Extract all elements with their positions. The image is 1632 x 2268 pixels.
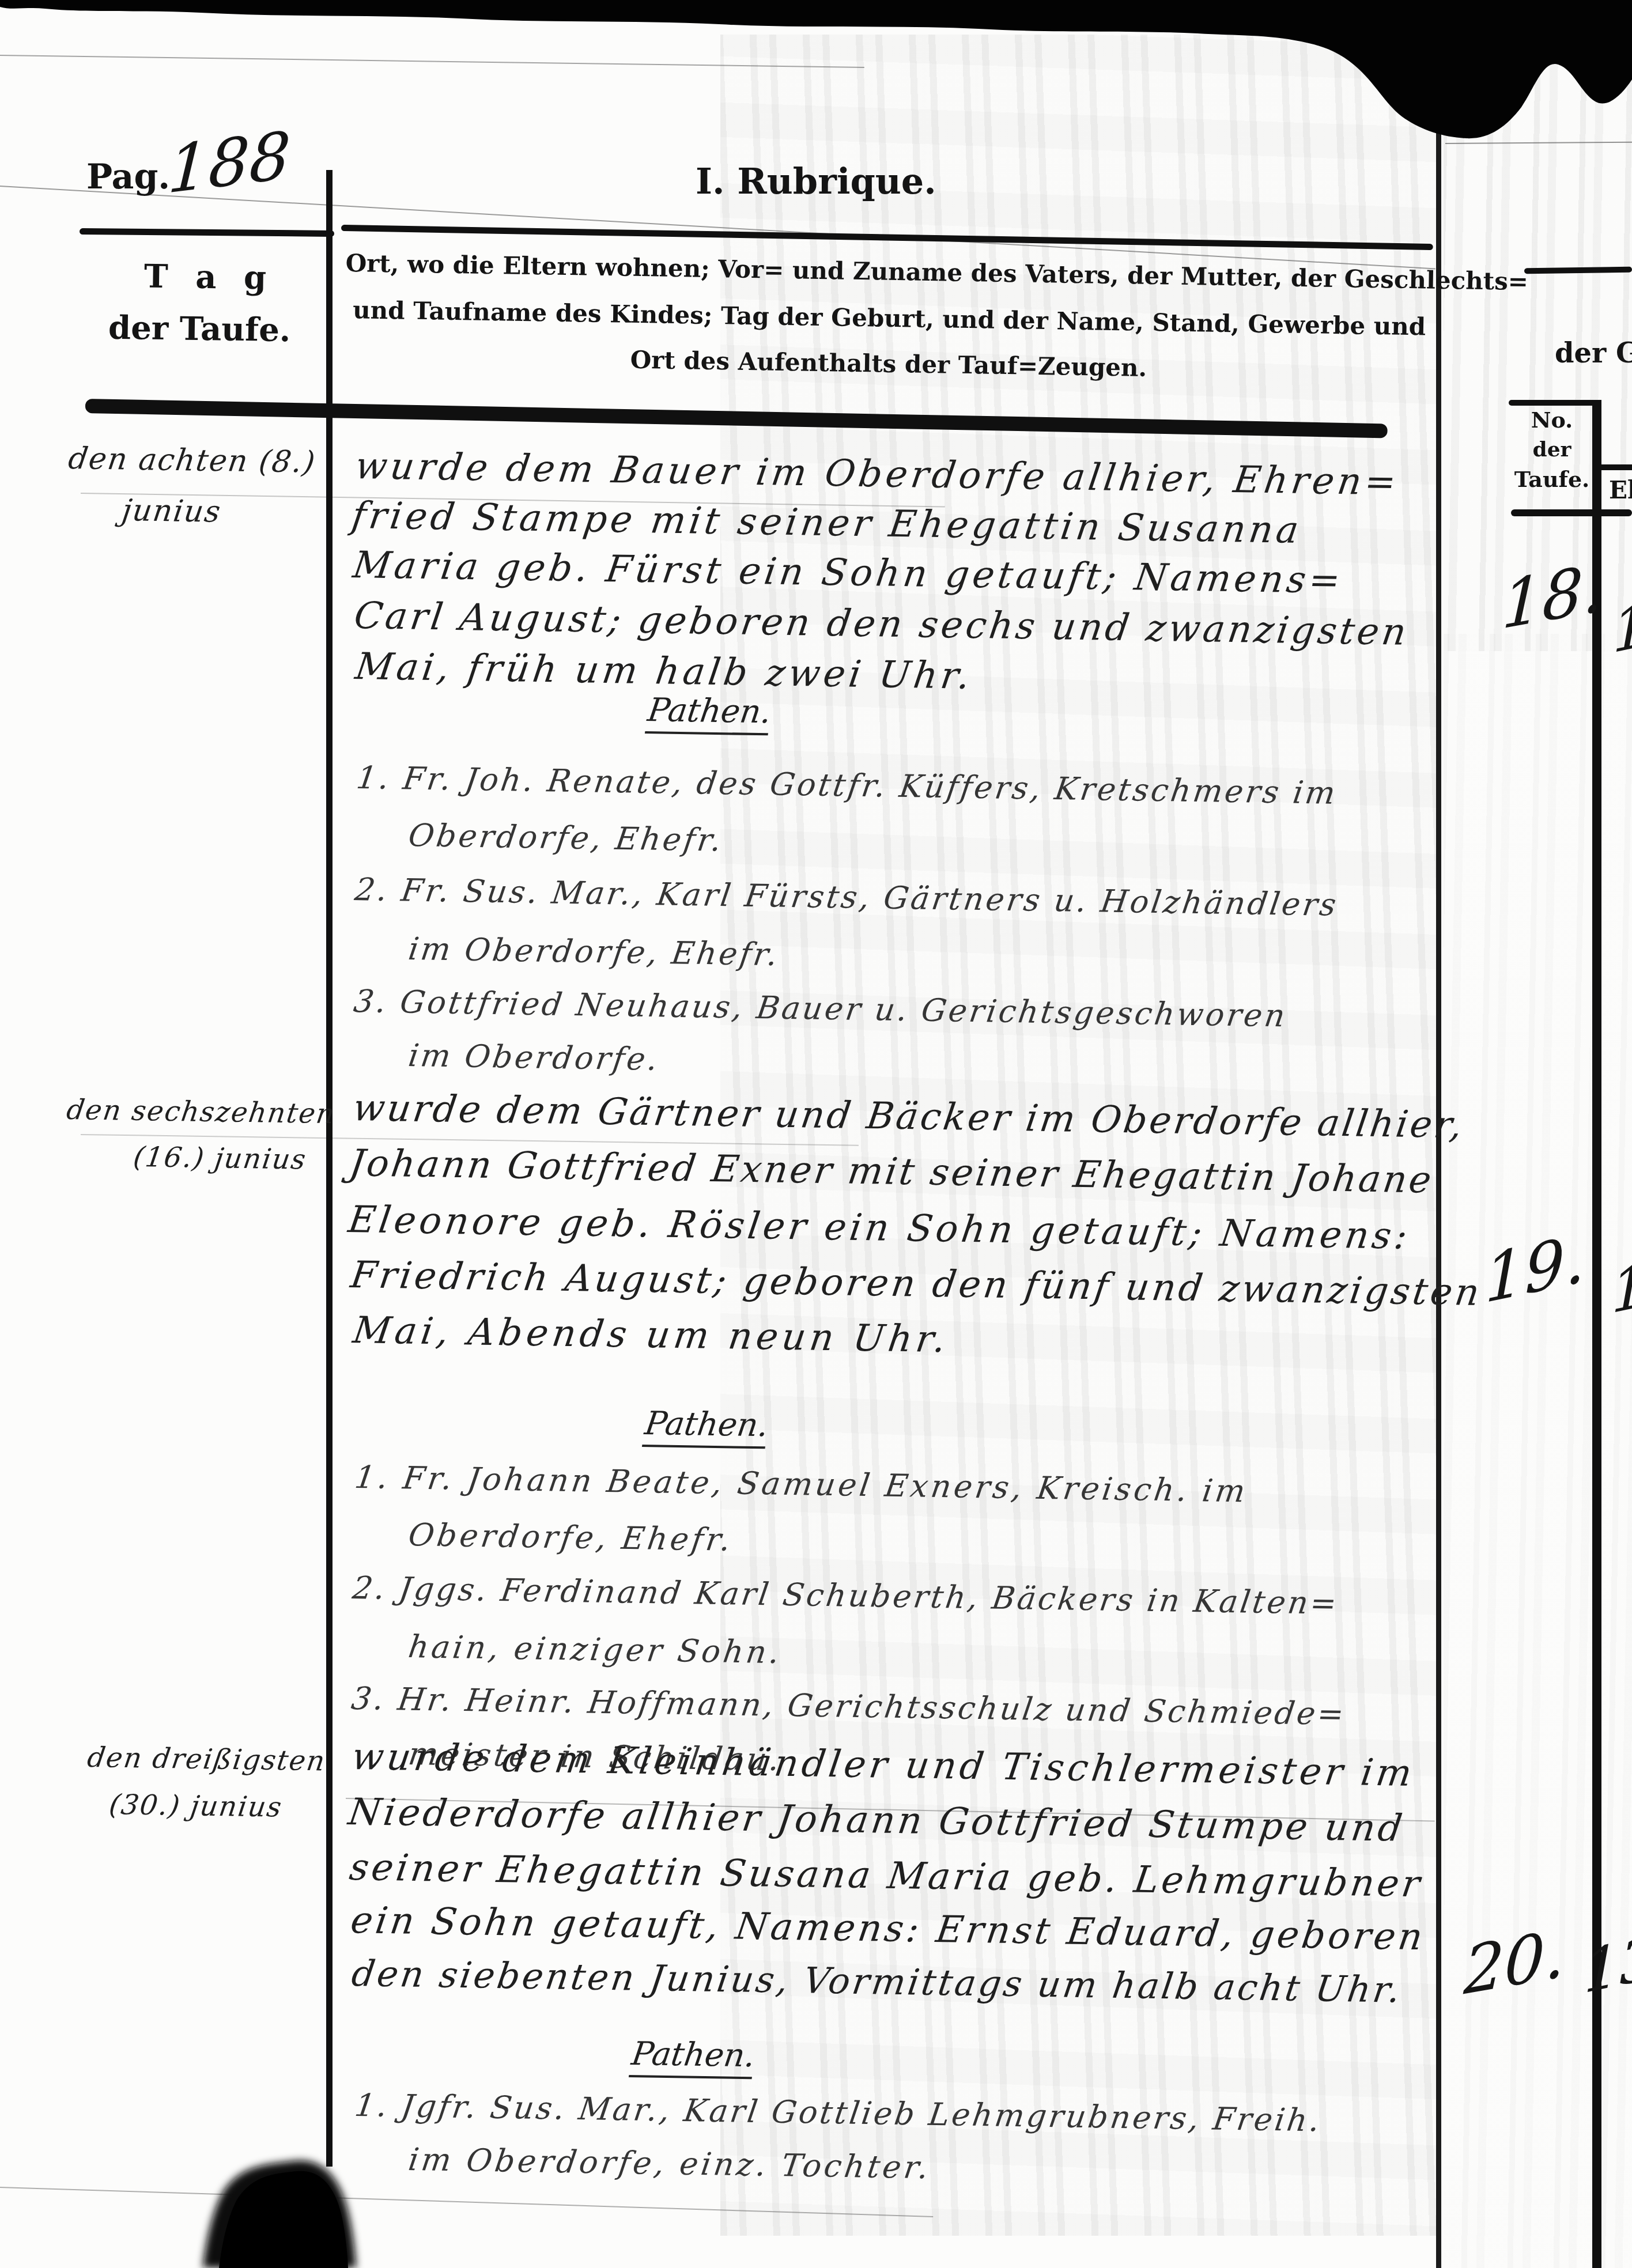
- entry-text-line: Mai, Abends um neun Uhr.: [350, 1309, 953, 1361]
- witness-line: 3. Hr. Heinr. Hoffmann, Gerichtsschulz u…: [349, 1680, 1348, 1732]
- entry-text-line: Friedrich August; geboren den fünf und z…: [348, 1254, 1484, 1314]
- taufe-number-column-header-line2: der: [1509, 437, 1595, 462]
- paper-texture-right-lower: [1444, 634, 1632, 2268]
- witness-line: 2. Fr. Sus. Mar., Karl Fürsts, Gärtners …: [353, 871, 1340, 923]
- witness-line: 1. Fr. Joh. Renate, des Gottfr. Küffers,…: [354, 759, 1340, 811]
- entry-text-line: den siebenten Junius, Vormittags um halb…: [349, 1952, 1405, 2011]
- right-page-ehe-box-top-rule: [1597, 464, 1632, 470]
- pag-underline-rule: [80, 228, 334, 237]
- witness-line: hain, einziger Sohn.: [406, 1628, 784, 1670]
- entry-text-line: Eleonore geb. Rösler ein Sohn getauft; N…: [346, 1199, 1414, 1258]
- entry-text-line: wurde dem Kleinhändler und Tischlermeist…: [349, 1736, 1418, 1795]
- right-page-no-box-top-rule: [1509, 400, 1596, 406]
- witness-line: 2. Jggs. Ferdinand Karl Schuberth, Bäcke…: [350, 1570, 1341, 1621]
- right-page-rule-top: [1524, 267, 1632, 274]
- entry-text-line: Mai, früh um halb zwei Uhr.: [353, 645, 976, 698]
- entry-text-line: seiner Ehegattin Susana Maria geb. Lehmg…: [347, 1846, 1425, 1906]
- entry-text-line: wurde dem Gärtner und Bäcker im Oberdorf…: [350, 1087, 1467, 1147]
- pathen-heading: Pathen.: [645, 691, 774, 731]
- witness-line: im Oberdorfe.: [406, 1037, 662, 1078]
- entry-text-line: Niederdorfe allhier Johann Gottfried Stu…: [346, 1791, 1407, 1850]
- entry-date-line: den dreißigsten: [85, 1741, 328, 1777]
- pathen-heading: Pathen.: [643, 1405, 771, 1444]
- scan-artifact-finger: [150, 2120, 415, 2268]
- entry-date-line: junius: [120, 493, 224, 530]
- witness-line: Oberdorfe, Ehefr.: [406, 1517, 736, 1558]
- right-page-no-box-bottom-rule: [1511, 509, 1632, 516]
- entry-date-line: (16.) junius: [131, 1141, 309, 1176]
- taufe-number: 19.: [1484, 1220, 1585, 1318]
- page-gutter-rule: [1436, 78, 1441, 2268]
- witness-line: 1. Fr. Johann Beate, Samuel Exners, Krei…: [353, 1459, 1251, 1509]
- column-divider-rule: [326, 170, 333, 2167]
- scan-artifact-top-band: [0, 0, 1632, 173]
- register-column-header-line2: und Taufname des Kindes; Tag der Geburt,…: [345, 296, 1434, 341]
- entry-text-line: ein Sohn getauft, Namens: Ernst Eduard, …: [348, 1899, 1428, 1959]
- pathen-heading-text: Pathen.: [645, 691, 774, 735]
- witness-line: 1. Jgfr. Sus. Mar., Karl Gottlieb Lehmgr…: [353, 2087, 1324, 2138]
- right-page-partial-column-header: Ehe: [1609, 476, 1632, 504]
- entry-text-line: Maria geb. Fürst ein Sohn getauft; Namen…: [350, 544, 1346, 602]
- taufe-number: 20.: [1463, 1915, 1566, 2010]
- taufe-number: 18.: [1501, 550, 1604, 644]
- partial-entry-number: 1: [1611, 1250, 1632, 1327]
- entry-date-line: (30.) junius: [107, 1789, 285, 1824]
- pathen-heading-text: Pathen.: [642, 1405, 771, 1449]
- rubrique-underline-rule: [341, 225, 1433, 250]
- scan-skew-line: [0, 2187, 933, 2217]
- pathen-heading-text: Pathen.: [629, 2035, 758, 2079]
- entry-text-line: fried Stampe mit seiner Ehegattin Susann…: [349, 494, 1305, 552]
- taufe-number-column-header-line1: No.: [1509, 407, 1595, 433]
- entry-date-line: den achten (8.): [66, 441, 318, 480]
- header-separator-rule: [85, 399, 1388, 438]
- entry-text-line: wurde dem Bauer im Oberdorfe allhier, Eh…: [353, 445, 1402, 504]
- taufe-number-column-header: No. der Taufe.: [1509, 407, 1595, 492]
- partial-entry-number: 1: [1612, 590, 1632, 667]
- pathen-heading: Pathen.: [629, 2035, 758, 2074]
- partial-entry-number: 13: [1584, 1923, 1632, 2007]
- taufe-day-header-line1: T a g: [144, 257, 275, 297]
- scanned-register-page: Pag. 188 I. Rubrique. T a g der Taufe. O…: [0, 0, 1632, 2268]
- entry-text-line: Johann Gottfried Exner mit seiner Ehegat…: [347, 1142, 1436, 1202]
- witness-line: Oberdorfe, Ehefr.: [406, 817, 726, 859]
- witness-line: im Oberdorfe, Ehefr.: [406, 931, 782, 973]
- taufe-number-column-header-line3: Taufe.: [1509, 466, 1595, 492]
- register-column-header-line3: Ort des Aufenthalts der Tauf=Zeugen.: [344, 341, 1434, 387]
- register-column-header: Ort, wo die Eltern wohnen; Vor= und Zuna…: [344, 249, 1435, 387]
- entry-date-line: den sechszehnten: [65, 1094, 338, 1130]
- right-page-partial-header: der Ge: [1555, 337, 1632, 369]
- entry-text-line: Carl August; geboren den sechs und zwanz…: [352, 595, 1411, 654]
- register-column-header-line1: Ort, wo die Eltern wohnen; Vor= und Zuna…: [345, 249, 1435, 294]
- witness-line: im Oberdorfe, einz. Tochter.: [406, 2141, 934, 2186]
- witness-line: 3. Gottfried Neuhaus, Bauer u. Gerichtsg…: [352, 983, 1290, 1034]
- taufe-day-header-line2: der Taufe.: [108, 309, 291, 349]
